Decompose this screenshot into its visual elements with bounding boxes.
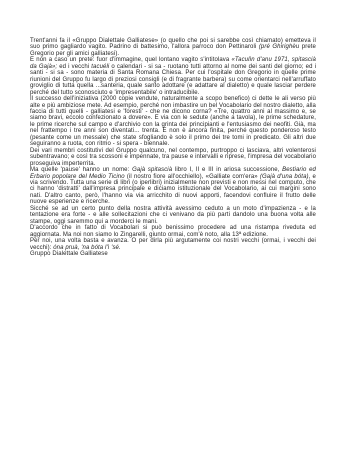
text-run: D'accordo che in fatto di Vocabolari si … — [30, 225, 316, 237]
text-run: Dei vari membri costitutivi del Gruppo q… — [30, 148, 316, 167]
italic-run: (Gajà d'una bóta) — [260, 174, 309, 180]
text-run: libro I, II e III in ariosa successione, — [172, 167, 282, 173]
text-run: (il nostro fiore all'occhiello), «Gallia… — [125, 174, 260, 180]
signature: Gruppo Dialettale Galliatese — [30, 251, 316, 257]
paragraph: Trent'anni fa il «Gruppo Dialettale Gall… — [30, 38, 316, 57]
paragraph: D'accordo che in fatto di Vocabolari si … — [30, 225, 316, 238]
text-run: E non a caso un prete: fuor d'immagine, … — [30, 57, 231, 63]
paragraph: Per noi, una volta basta e avanza. O per… — [30, 238, 316, 251]
text-run: ed i vecchi — [57, 64, 91, 70]
document-body: Trent'anni fa il «Gruppo Dialettale Gall… — [30, 38, 316, 251]
paragraph: Ma quelle 'pause' hanno un nome: Gajà sp… — [30, 167, 316, 206]
text-run: Il successo dell'iniziativa (2000 copie … — [30, 96, 316, 147]
paragraph: Il successo dell'iniziativa (2000 copie … — [30, 96, 316, 148]
paragraph: E non a caso un prete: fuor d'immagine, … — [30, 57, 316, 96]
italic-run: (pré Ghirighèu — [259, 44, 299, 50]
italic-run: óna pruà, 'na bóta l'ì 'sé. — [53, 245, 121, 251]
paragraph: Dei vari membri costitutivi del Gruppo q… — [30, 148, 316, 167]
italic-run: Gajà spitascià — [132, 167, 172, 173]
paragraph: Sicché se ad un certo punto della nostra… — [30, 206, 316, 225]
document-page: Trent'anni fa il «Gruppo Dialettale Gall… — [0, 0, 360, 466]
text-run: Ma quelle 'pause' hanno un nome: — [30, 167, 132, 173]
italic-run: tacuéli — [91, 64, 109, 70]
text-run: Sicché se ad un certo punto della nostra… — [30, 206, 316, 225]
